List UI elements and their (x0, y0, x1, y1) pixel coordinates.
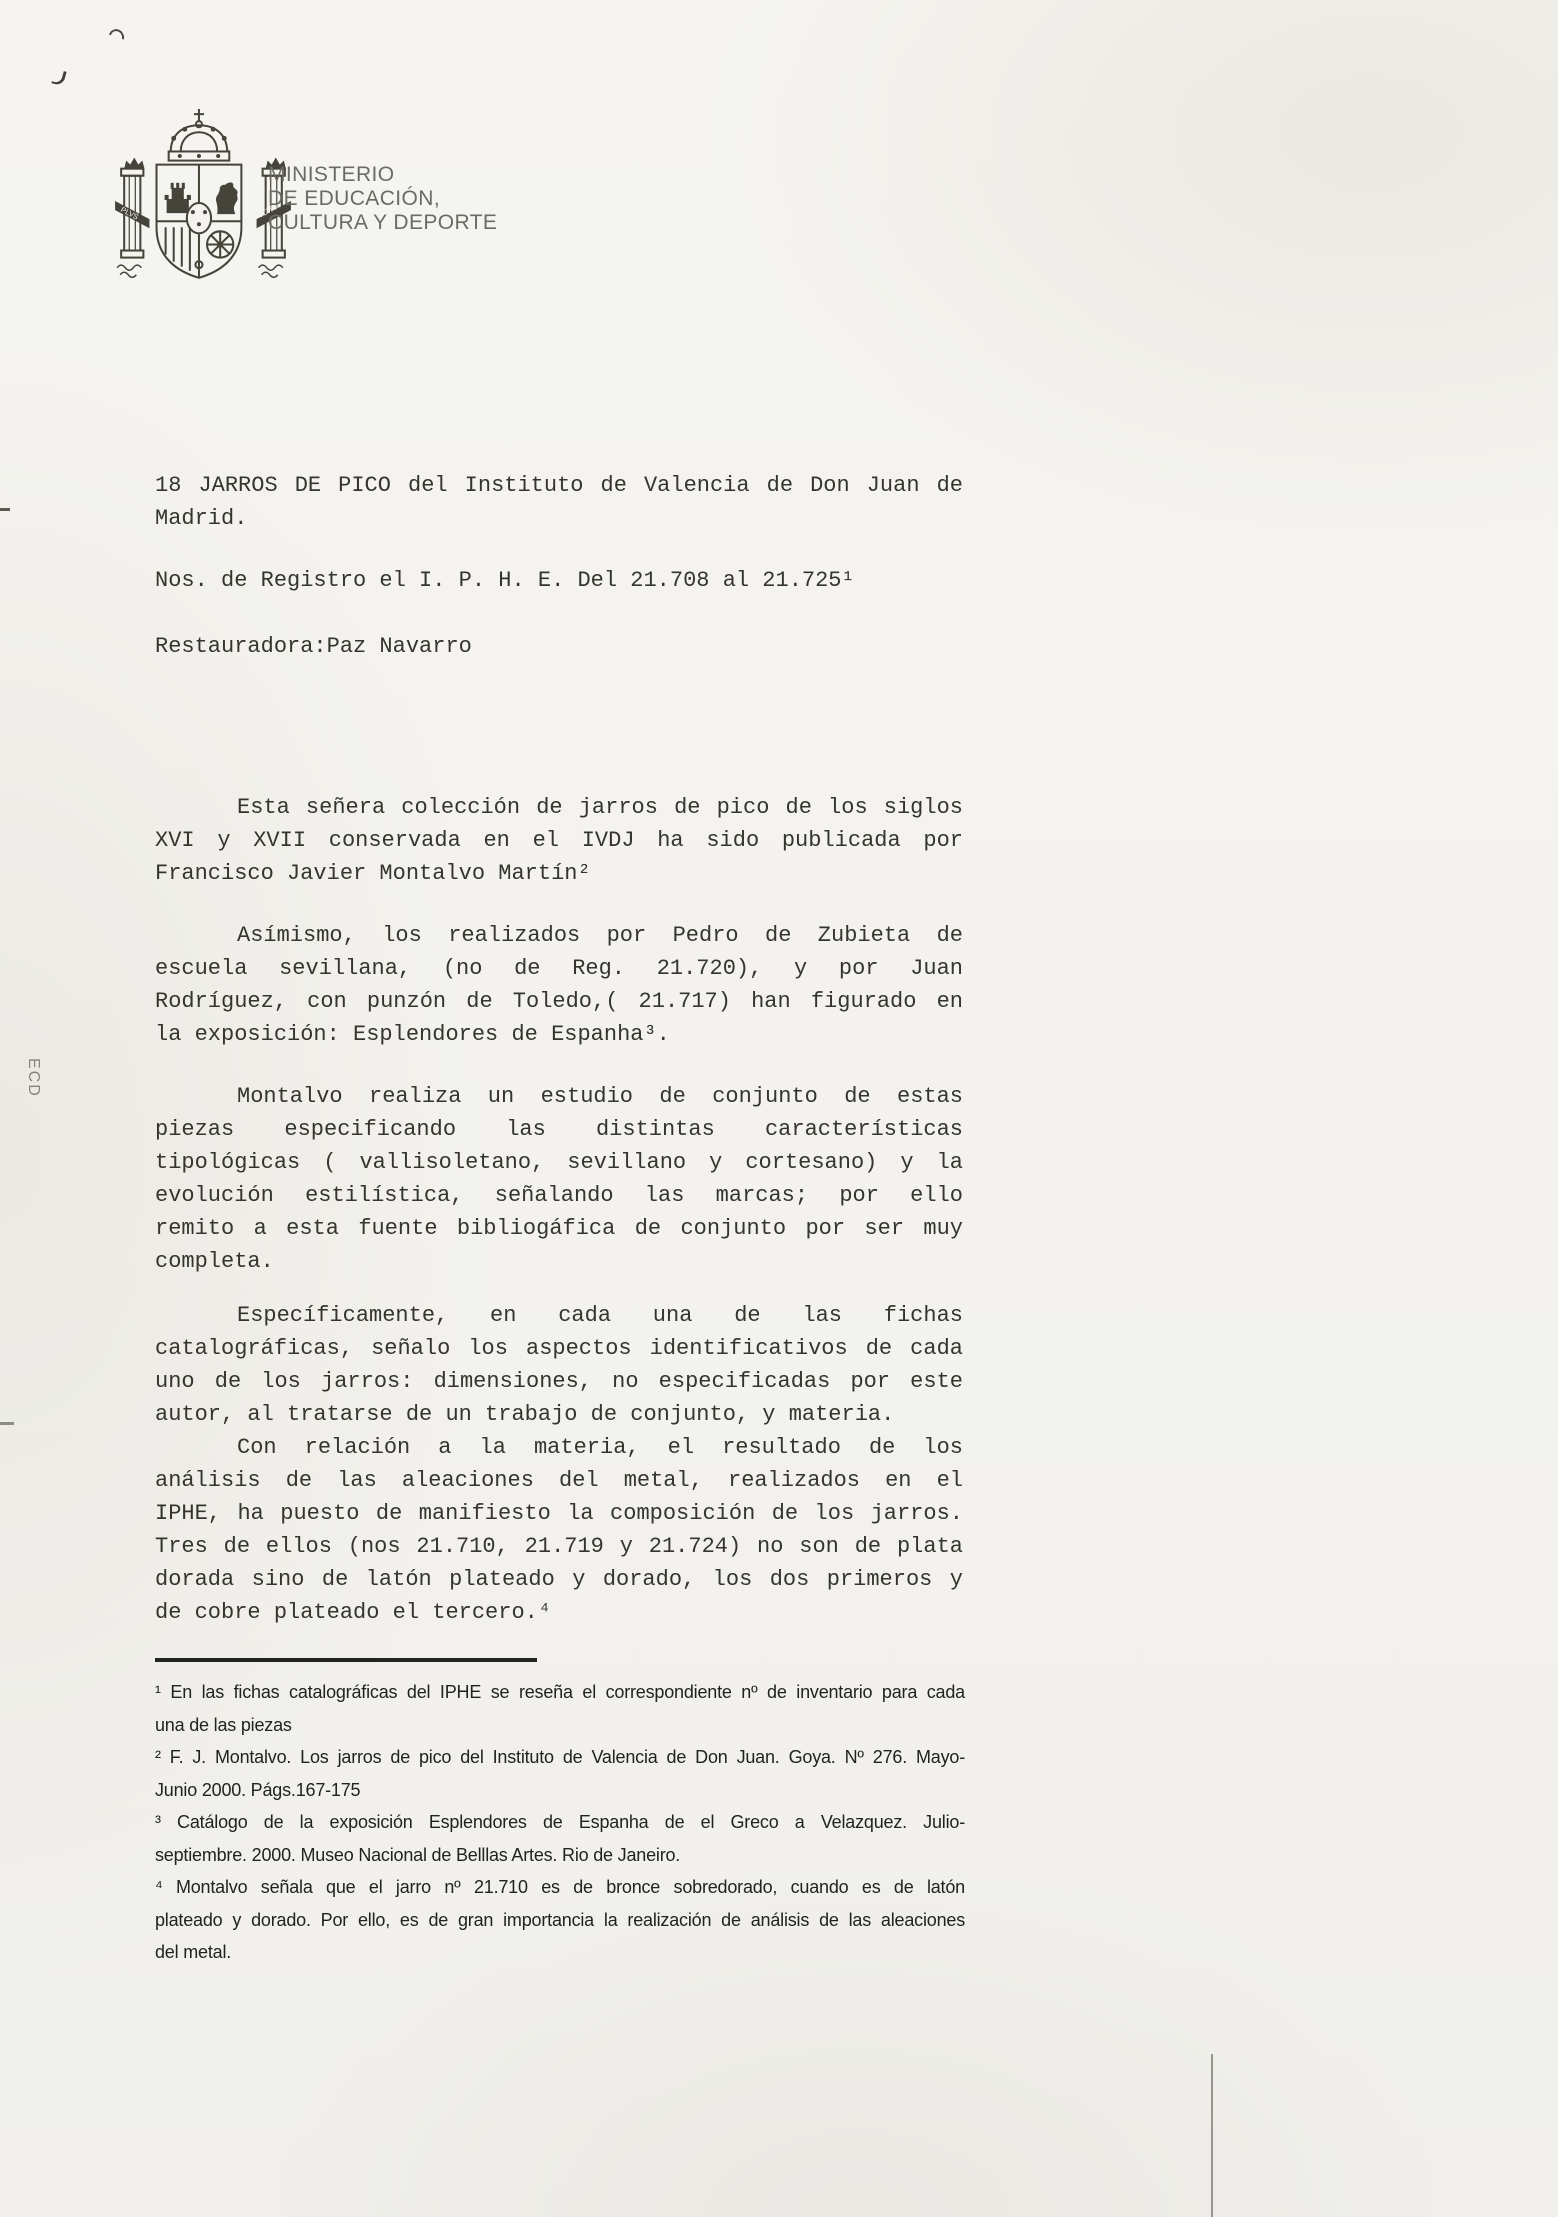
text-line: ⁴ Montalvo señala que el jarro nº 21.710… (155, 1871, 965, 1904)
text-line: del metal. (155, 1936, 965, 1969)
text-line: 18 JARROS DE PICO del Instituto de Valen… (155, 469, 963, 502)
text-line: ³ Catálogo de la exposición Esplendores … (155, 1806, 965, 1839)
text-line: completa. (155, 1245, 963, 1278)
motto-ribbon-left: PLVS (115, 201, 149, 228)
text-line: ² F. J. Montalvo. Los jarros de pico del… (155, 1741, 965, 1774)
scan-fold-line (1211, 2054, 1213, 2217)
ministry-name: MINISTERIO DE EDUCACIÓN, CULTURA Y DEPOR… (268, 163, 497, 235)
text-line: Esta señera colección de jarros de pico … (155, 791, 963, 824)
text-line: análisis de las aleaciones del metal, re… (155, 1464, 963, 1497)
text-line: Rodríguez, con punzón de Toledo,( 21.717… (155, 985, 963, 1018)
footnote-separator (155, 1658, 537, 1662)
restorer-line: Restauradora:Paz Navarro (155, 630, 1055, 663)
leon-lion-icon (216, 182, 238, 214)
paragraph-3: Montalvo realiza un estudio de conjunto … (155, 1080, 963, 1278)
text-line: la exposición: Esplendores de Espanha³. (155, 1018, 963, 1051)
paragraph-1: Esta señera colección de jarros de pico … (155, 791, 963, 890)
crown-cross-icon (194, 109, 204, 121)
text-line: de cobre plateado el tercero.⁴ (155, 1596, 963, 1629)
side-stamp-ecd: ECD (24, 1058, 42, 1130)
registry-line: Nos. de Registro el I. P. H. E. Del 21.7… (155, 564, 1055, 597)
text-line: remito a esta fuente bibliogáfica de con… (155, 1212, 963, 1245)
scan-speck (51, 69, 66, 87)
text-line: septiembre. 2000. Museo Nacional de Bell… (155, 1839, 965, 1872)
text-line: plateado y dorado. Por ello, es de gran … (155, 1904, 965, 1937)
text-line: ¹ En las fichas catalográficas del IPHE … (155, 1676, 965, 1709)
text-line: una de las piezas (155, 1709, 965, 1742)
footnote-2: ² F. J. Montalvo. Los jarros de pico del… (155, 1741, 965, 1806)
paragraph-5: Con relación a la materia, el resultado … (155, 1431, 963, 1629)
aragon-bars-icon (166, 227, 190, 270)
navarre-chains-icon (207, 231, 233, 257)
text-line: autor, al tratarse de un trabajo de conj… (155, 1398, 963, 1431)
text-line: XVI y XVII conservada en el IVDJ ha sido… (155, 824, 963, 857)
scan-edge-mark (0, 508, 10, 511)
text-line: piezas especificando las distintas carac… (155, 1113, 963, 1146)
footnote-1: ¹ En las fichas catalográficas del IPHE … (155, 1676, 965, 1741)
document-title: 18 JARROS DE PICO del Instituto de Valen… (155, 469, 963, 535)
text-line: tipológicas ( vallisoletano, sevillano y… (155, 1146, 963, 1179)
text-line: Específicamente, en cada una de las fich… (155, 1299, 963, 1332)
footnote-4: ⁴ Montalvo señala que el jarro nº 21.710… (155, 1871, 965, 1969)
text-line: Montalvo realiza un estudio de conjunto … (155, 1080, 963, 1113)
text-line: IPHE, ha puesto de manifiesto la composi… (155, 1497, 963, 1530)
paragraph-2: Asímismo, los realizados por Pedro de Zu… (155, 919, 963, 1051)
text-line: evolución estilística, señalando las mar… (155, 1179, 963, 1212)
text-line: Asímismo, los realizados por Pedro de Zu… (155, 919, 963, 952)
text-line: dorada sino de latón plateado y dorado, … (155, 1563, 963, 1596)
text-line: Con relación a la materia, el resultado … (155, 1431, 963, 1464)
scanned-document-page: PLVS VLTRA MINISTERIO DE EDUCACIÓN, CULT… (0, 0, 1558, 2217)
ministry-line-3: CULTURA Y DEPORTE (268, 211, 497, 235)
ministry-line-2: DE EDUCACIÓN, (268, 187, 497, 211)
text-line: Madrid. (155, 502, 963, 535)
text-line: catalográficas, señalo los aspectos iden… (155, 1332, 963, 1365)
paragraph-4: Específicamente, en cada una de las fich… (155, 1299, 963, 1431)
text-line: uno de los jarros: dimensiones, no espec… (155, 1365, 963, 1398)
text-line: Tres de ellos (nos 21.710, 21.719 y 21.7… (155, 1530, 963, 1563)
text-line: Junio 2000. Págs.167-175 (155, 1774, 965, 1807)
text-line: Francisco Javier Montalvo Martín² (155, 857, 963, 890)
castile-castle-icon (165, 183, 191, 213)
footnote-3: ³ Catálogo de la exposición Esplendores … (155, 1806, 965, 1871)
ministry-line-1: MINISTERIO (268, 163, 497, 187)
text-line: escuela sevillana, (no de Reg. 21.720), … (155, 952, 963, 985)
scan-edge-mark (0, 1422, 14, 1425)
scan-speck (106, 26, 127, 47)
